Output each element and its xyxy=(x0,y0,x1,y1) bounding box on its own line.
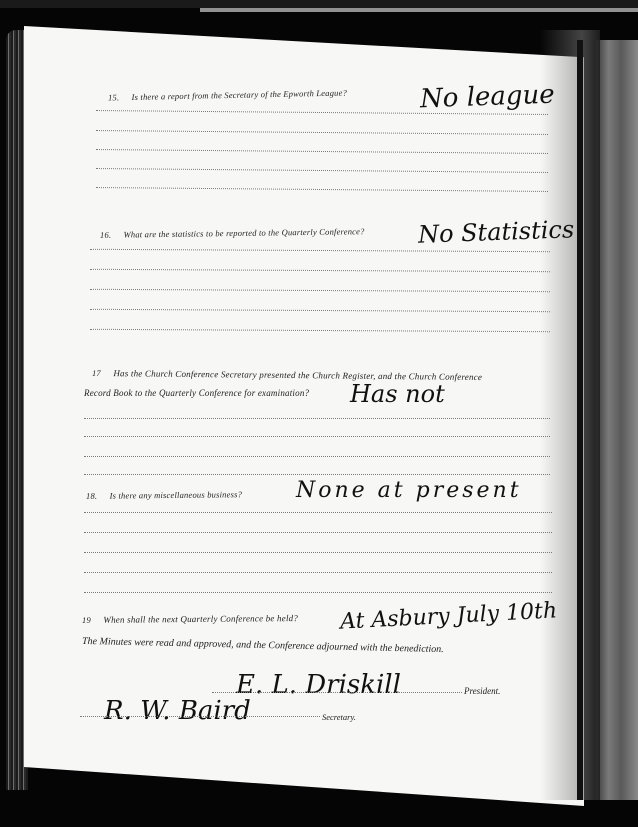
signature-line xyxy=(80,716,320,717)
question-17-line2: Record Book to the Quarterly Conference … xyxy=(84,388,309,398)
question-text: When shall the next Quarterly Conference… xyxy=(103,613,298,625)
question-19: 19 When shall the next Quarterly Confere… xyxy=(82,613,298,625)
question-number: 17 xyxy=(92,368,101,378)
answer-17: Has not xyxy=(350,380,445,408)
secretary-signature: R. W. Baird xyxy=(104,696,251,726)
question-number: 16. xyxy=(100,230,111,240)
president-label: President. xyxy=(464,686,500,696)
answer-line xyxy=(84,572,552,573)
answer-line xyxy=(84,532,552,533)
answer-15: No league xyxy=(420,80,556,115)
answer-line xyxy=(84,436,550,437)
signature-line xyxy=(212,692,462,693)
president-signature: E. L. Driskill xyxy=(236,670,401,700)
book-spine-line xyxy=(577,40,583,800)
question-text: Is there any miscellaneous business? xyxy=(110,489,243,500)
scan-top-edge xyxy=(0,0,638,8)
book-cover-edge xyxy=(200,8,638,12)
question-number: 18. xyxy=(86,491,97,501)
book-spine-shadow xyxy=(596,40,638,800)
answer-18: None at present xyxy=(296,478,522,503)
answer-line xyxy=(84,456,550,457)
answer-16: No Statistics xyxy=(418,215,575,248)
question-number: 19 xyxy=(82,615,91,625)
answer-line xyxy=(84,418,550,419)
answer-line xyxy=(84,592,552,593)
answer-line xyxy=(84,512,552,513)
answer-line xyxy=(84,552,552,553)
secretary-label: Secretary. xyxy=(322,712,356,722)
question-number: 15. xyxy=(108,92,119,102)
page-gutter-shadow xyxy=(540,30,600,800)
answer-line xyxy=(84,474,550,475)
question-18: 18. Is there any miscellaneous business? xyxy=(86,489,242,501)
